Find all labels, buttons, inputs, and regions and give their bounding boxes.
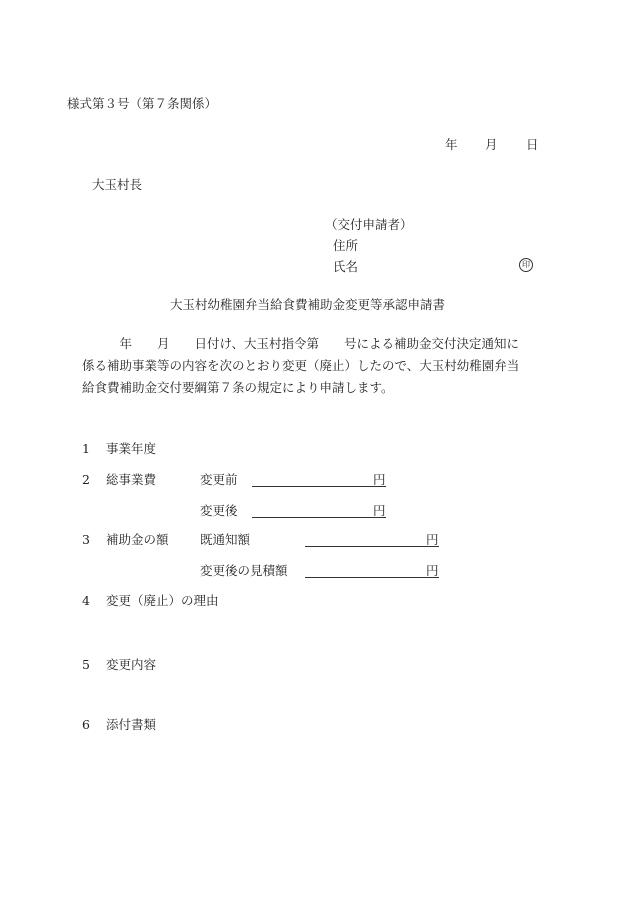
sub-label-notified: 既通知額: [200, 532, 250, 548]
item-label-changes: 変更内容: [106, 657, 156, 673]
item-number: 2: [82, 472, 90, 488]
item-number: 4: [82, 593, 90, 609]
date-month: 月: [485, 137, 498, 153]
item-number: 5: [82, 657, 90, 673]
item-label-total-cost: 総事業費: [106, 472, 156, 488]
yen-unit: 円: [373, 503, 386, 519]
sub-label-before: 変更前: [200, 472, 238, 488]
seal-mark: 印: [519, 258, 533, 272]
date-year: 年: [445, 137, 458, 153]
document-title: 大玉村幼稚園弁当給食費補助金変更等承認申請書: [170, 297, 445, 313]
sub-label-after: 変更後: [200, 503, 238, 519]
item-number: 1: [82, 441, 90, 457]
item-number: 3: [82, 532, 90, 548]
name-label: 氏名: [333, 259, 358, 275]
yen-unit: 円: [426, 532, 439, 548]
body-line: 係る補助事業等の内容を次のとおり変更（廃止）したので、大玉村幼稚園弁当: [82, 355, 552, 377]
yen-unit: 円: [426, 563, 439, 579]
item-label-attachments: 添付書類: [106, 717, 156, 733]
item-label-reason: 変更（廃止）の理由: [106, 593, 219, 609]
body-line: 年 月 日付け、大玉村指令第 号による補助金交付決定通知に: [82, 333, 552, 355]
item-label-subsidy-amount: 補助金の額: [106, 532, 169, 548]
address-label: 住所: [333, 238, 358, 254]
applicant-heading: （交付申請者）: [325, 217, 413, 233]
amount-field-notified: [305, 546, 439, 547]
yen-unit: 円: [373, 472, 386, 488]
item-number: 6: [82, 717, 90, 733]
amount-field-after: [252, 517, 386, 518]
date-day: 日: [526, 137, 539, 153]
sub-label-estimate: 変更後の見積額: [200, 563, 288, 579]
amount-field-estimate: [305, 577, 439, 578]
amount-field-before: [252, 486, 386, 487]
item-label-fiscal-year: 事業年度: [106, 441, 156, 457]
body-paragraph: 年 月 日付け、大玉村指令第 号による補助金交付決定通知に 係る補助事業等の内容…: [82, 333, 552, 399]
form-number: 様式第３号（第７条関係）: [67, 96, 217, 112]
addressee: 大玉村長: [92, 177, 142, 193]
body-line: 給食費補助金交付要綱第７条の規定により申請します。: [82, 377, 552, 399]
